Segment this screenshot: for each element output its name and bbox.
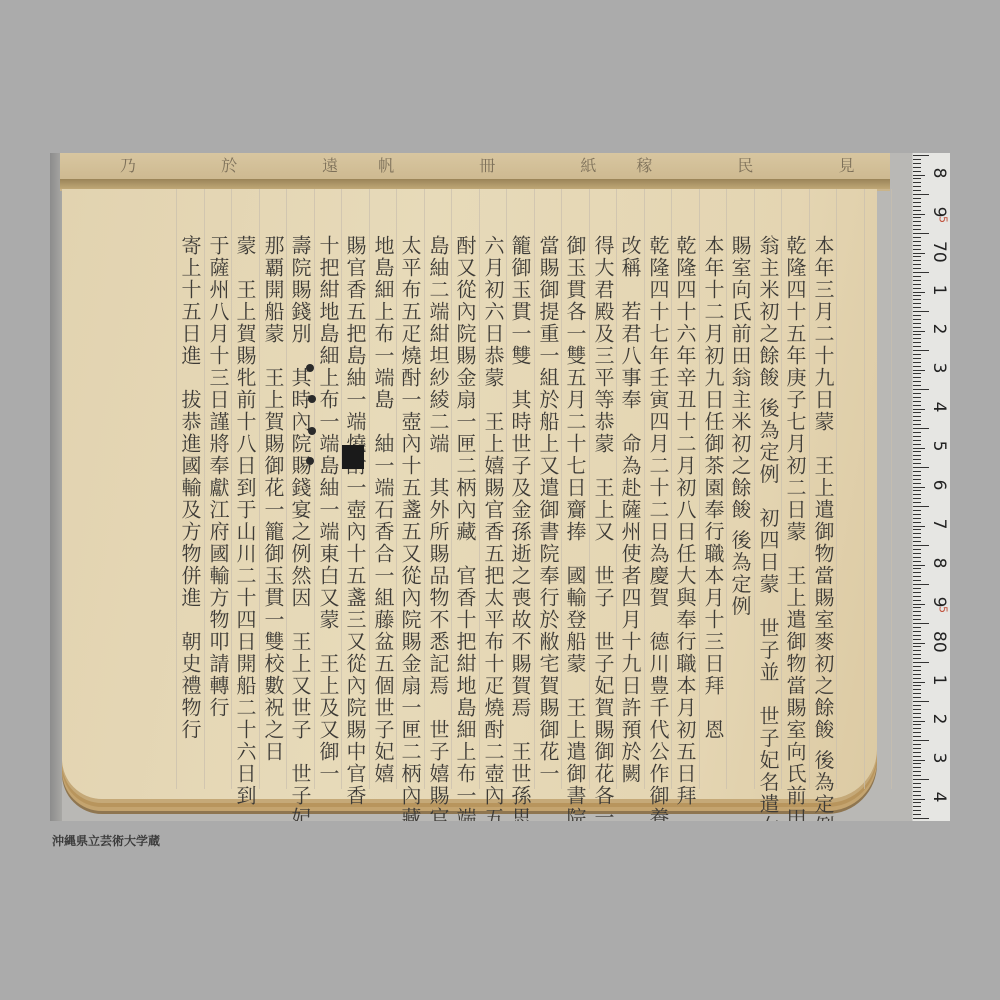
ruler-tick xyxy=(913,701,929,702)
ruler-tick xyxy=(913,763,921,764)
ruler-tick xyxy=(913,256,921,257)
ruler-tick xyxy=(913,717,921,718)
handwritten-column: 島紬二端紺坦紗綾二端 其外所賜品物不悉記焉 世子嬉賜官香五把 xyxy=(425,235,451,821)
ruler-tick xyxy=(913,389,929,390)
previous-page-text: 乃 於 遠帆 冊 紙稼 民 見 大 xyxy=(120,153,950,176)
ruler-tick xyxy=(913,210,921,211)
ruler-tick xyxy=(913,756,921,757)
manuscript-page: 本年三月二十九日蒙 王上遣御物當賜室麥初之餘餕 後為定例乾隆四十五年庚子七月初二… xyxy=(62,189,877,799)
handwritten-column: 乾隆四十六年辛丑十二月初八日任大與奉行職本月初五日拜 恩 xyxy=(672,235,698,821)
ruler-tick xyxy=(913,818,929,819)
ruler-tick xyxy=(913,206,921,207)
ruler-tick xyxy=(913,666,921,667)
ruler-tick xyxy=(913,600,921,601)
ruler-tick xyxy=(913,744,921,745)
ruler-tick xyxy=(913,381,921,382)
ruler-tick xyxy=(913,377,921,378)
ruler-tick xyxy=(913,654,921,655)
ruler-tick xyxy=(913,373,921,374)
ruler-tick xyxy=(913,471,921,472)
ruler-tick xyxy=(913,237,921,238)
handwritten-column: 本年十二月初九日任御茶園奉行職本月十三日拜 恩 xyxy=(700,235,726,741)
handwritten-column: 乾隆四十七年壬寅四月二十二日為慶賀 德川豊千代公作御養君 xyxy=(645,235,671,821)
ruler-label: 1 xyxy=(929,670,949,690)
ruler-tick xyxy=(913,627,921,628)
ruler-tick xyxy=(913,436,921,437)
ruler-tick xyxy=(913,736,921,737)
ruler-tick xyxy=(913,350,929,351)
ruler-tick xyxy=(913,405,921,406)
ruler-tick xyxy=(913,705,921,706)
ruler-tick xyxy=(913,358,921,359)
ruler-tick xyxy=(913,658,921,659)
ruler-tick xyxy=(913,401,921,402)
ruler-tick xyxy=(913,557,921,558)
ink-dot-mark xyxy=(308,427,316,435)
ruler-tick xyxy=(913,498,921,499)
ruler-tick xyxy=(913,307,921,308)
ruler-tick xyxy=(913,229,921,230)
ruler-tick xyxy=(913,650,921,651)
handwritten-column: 賜官香五把島紬一端燒酎一壺內十五盞三又從內院賜中官香 xyxy=(342,235,368,807)
ruler-tick xyxy=(913,565,925,566)
ruler-tick xyxy=(913,799,925,800)
ruler-tick xyxy=(913,685,921,686)
ruler-tick xyxy=(913,697,921,698)
handwritten-column: 蒙 王上賀賜牝前十八日到于山川二十四日開船二十六日到 xyxy=(232,235,258,807)
handwritten-column: 寄上十五日進 拔恭進國輸及方物併進 朝史禮物行 xyxy=(177,235,203,741)
ruler-tick xyxy=(913,424,921,425)
ruler-tick xyxy=(913,303,921,304)
ruler-tick xyxy=(913,806,921,807)
ruler-tick xyxy=(913,814,921,815)
ruler-tick xyxy=(913,217,921,218)
ruler-tick xyxy=(913,541,921,542)
ruler-tick xyxy=(913,682,925,683)
ruler-tick xyxy=(913,311,929,312)
book-edge-shadow xyxy=(50,153,62,821)
handwritten-column: 翁主米初之餘餕 後為定例 初四日蒙 世子並 世子妃名遣女官 xyxy=(755,235,781,821)
ruler-tick xyxy=(913,292,925,293)
ruler-tick xyxy=(913,721,925,722)
ruler-tick xyxy=(913,198,921,199)
handwritten-column: 籠御玉貫一雙 其時世子及金孫逝之喪故不賜賀焉 王世孫思五郎良 xyxy=(507,235,533,821)
ruler-tick xyxy=(913,241,921,242)
collection-caption: 沖縄県立芸術大学蔵 xyxy=(52,832,160,849)
ruler-tick xyxy=(913,783,921,784)
ruler-label: 8 xyxy=(929,553,949,573)
ruler-tick xyxy=(913,175,925,176)
ruler-tick xyxy=(913,299,921,300)
ruler-tick xyxy=(913,463,921,464)
ruler-label: 8 xyxy=(929,163,949,183)
ruler-tick xyxy=(913,713,921,714)
ruler-tick xyxy=(913,802,921,803)
ruler-tick xyxy=(913,689,921,690)
ruler-tick xyxy=(913,393,921,394)
ruler-label: 2 xyxy=(929,319,949,339)
ruler-tick xyxy=(913,611,921,612)
ruled-line xyxy=(836,189,837,789)
ruler-tick xyxy=(913,159,921,160)
ruler-label: 70 xyxy=(929,241,949,261)
handwritten-column: 御玉貫各一雙五月二十七日齎捧 國輸登船蒙 王上遣御書院 xyxy=(562,235,588,821)
ruler-tick xyxy=(913,752,921,753)
handwritten-column: 壽院賜錢別 其時內院賜錢宴之例然因 王上又世子 世子妃俱有從 xyxy=(287,235,313,821)
ruler-tick xyxy=(913,529,921,530)
ruler-tick xyxy=(913,514,921,515)
ruler-tick xyxy=(913,323,921,324)
ruler-label: 3 xyxy=(929,358,949,378)
ruler-tick xyxy=(913,678,921,679)
ruler-tick xyxy=(913,178,921,179)
handwritten-column: 十把紺地島細上布一端島紬一端東白又蒙 王上及又御一 xyxy=(315,235,341,785)
ruler-tick xyxy=(913,748,921,749)
ruler-tick xyxy=(913,385,921,386)
ruler-label: 2 xyxy=(929,709,949,729)
handwritten-column: 得大君殿及三平等恭蒙 王上又 世子 世子妃賀賜御花各一龍 xyxy=(590,235,616,821)
ruler-label: 80 xyxy=(929,631,949,651)
ruler-tick xyxy=(913,479,921,480)
handwritten-column: 乾隆四十五年庚子七月初二日蒙 王上遣御物當賜室向氏前田 xyxy=(782,235,808,821)
ruler-label: 4 xyxy=(929,397,949,417)
ruler-tick xyxy=(913,276,921,277)
ruler-red-label: 5 xyxy=(937,600,950,620)
ruler-tick xyxy=(913,194,929,195)
handwritten-column: 那覇開船蒙 王上賀賜御花一籠御玉貫一雙校數祝之日 xyxy=(260,235,286,763)
ruled-line xyxy=(864,189,865,789)
ruler-tick xyxy=(913,451,921,452)
ruler-tick xyxy=(913,494,921,495)
ruler-tick xyxy=(913,186,921,187)
ruler-tick xyxy=(913,662,929,663)
ruler-tick xyxy=(913,643,925,644)
ruler-tick xyxy=(913,568,921,569)
ruler-tick xyxy=(913,475,921,476)
ruler-tick xyxy=(913,233,929,234)
handwritten-column: 地島細上布一端島 紬一端石香合一組藤盆五個世子妃嬉 xyxy=(370,235,396,785)
ruler-tick xyxy=(913,315,921,316)
ruler-tick xyxy=(913,580,921,581)
ruler-tick xyxy=(913,202,921,203)
ruler-tick xyxy=(913,646,921,647)
ruler-tick xyxy=(913,249,921,250)
ruler-tick xyxy=(913,171,921,172)
ruler-tick xyxy=(913,264,921,265)
ruler-tick xyxy=(913,366,921,367)
ruler-tick xyxy=(913,592,921,593)
ruler-tick xyxy=(913,440,921,441)
ruler-tick xyxy=(913,346,921,347)
ruler-tick xyxy=(913,444,921,445)
ruler-tick xyxy=(913,459,921,460)
ruler-tick xyxy=(913,487,925,488)
ruler-tick xyxy=(913,615,921,616)
ruler-tick xyxy=(913,506,929,507)
ruler-tick xyxy=(913,260,921,261)
ruler-tick xyxy=(913,740,929,741)
ruler-tick xyxy=(913,245,921,246)
ruler-tick xyxy=(913,214,925,215)
handwritten-column: 于薩州八月十三日謹將奉獻江府國輸方物叩請轉行 xyxy=(205,235,231,719)
ruler-label: 1 xyxy=(929,280,949,300)
ruler-tick xyxy=(913,416,921,417)
ruler-tick xyxy=(913,225,921,226)
handwritten-column: 太平布五疋燒酎一壺內十五盞五又從內院賜金扇一匣二柄內藏紺 xyxy=(397,235,423,821)
ruler-tick xyxy=(913,182,921,183)
ink-dot-mark xyxy=(308,395,316,403)
ruler-tick xyxy=(913,576,921,577)
ruler-tick xyxy=(913,455,921,456)
ruler-tick xyxy=(913,631,921,632)
ruler-tick xyxy=(913,155,929,156)
ruler-tick xyxy=(913,693,921,694)
manuscript-photograph: 乃 於 遠帆 冊 紙稼 民 見 大 本年三月二十九日蒙 王上遣御物當賜室麥初之餘… xyxy=(50,153,950,821)
ruler-label: 5 xyxy=(929,436,949,456)
ruler-tick xyxy=(913,604,925,605)
page-fold xyxy=(60,179,890,189)
ruler-tick xyxy=(913,670,921,671)
ruler-tick xyxy=(913,537,921,538)
ruler-tick xyxy=(913,518,921,519)
handwritten-column: 本年三月二十九日蒙 王上遣御物當賜室麥初之餘餕 後為定例 xyxy=(810,235,836,821)
ink-dot-mark xyxy=(306,457,314,465)
ruler-tick xyxy=(913,362,921,363)
ruler-tick xyxy=(913,791,921,792)
ruler-tick xyxy=(913,483,921,484)
ruler-tick xyxy=(913,771,921,772)
measuring-ruler: 897012345678980123455 xyxy=(912,153,950,821)
ruler-tick xyxy=(913,467,929,468)
ruler-tick xyxy=(913,709,921,710)
ruler-tick xyxy=(913,397,921,398)
ruler-tick xyxy=(913,572,921,573)
ruler-tick xyxy=(913,268,921,269)
ruler-tick xyxy=(913,724,921,725)
ruler-tick xyxy=(913,502,921,503)
ruler-tick xyxy=(913,619,921,620)
ruler-tick xyxy=(913,553,921,554)
ruler-tick xyxy=(913,319,921,320)
ruler-tick xyxy=(913,526,925,527)
ruler-tick xyxy=(913,635,921,636)
ruler-tick xyxy=(913,338,921,339)
ruler-tick xyxy=(913,163,921,164)
ruler-tick xyxy=(913,253,925,254)
ruler-tick xyxy=(913,760,925,761)
ruler-tick xyxy=(913,787,921,788)
ruler-tick xyxy=(913,732,921,733)
ruler-tick xyxy=(913,288,921,289)
ruler-tick xyxy=(913,549,921,550)
ruler-tick xyxy=(913,795,921,796)
ruler-tick xyxy=(913,331,925,332)
ruler-tick xyxy=(913,510,921,511)
ruler-tick xyxy=(913,545,929,546)
ruler-tick xyxy=(913,522,921,523)
ruler-tick xyxy=(913,810,921,811)
ruler-red-label: 5 xyxy=(937,210,950,230)
ruler-tick xyxy=(913,561,921,562)
ruler-tick xyxy=(913,428,929,429)
ruler-tick xyxy=(913,623,929,624)
ruler-label: 3 xyxy=(929,748,949,768)
ruler-tick xyxy=(913,354,921,355)
ruler-tick xyxy=(913,412,921,413)
redaction-block xyxy=(342,445,364,469)
handwritten-column: 改稱 若君八事奉 命為赴薩州使者四月十九日許預於闕 xyxy=(617,235,643,785)
ruler-tick xyxy=(913,432,921,433)
ruler-tick xyxy=(913,409,925,410)
ruler-label: 4 xyxy=(929,787,949,807)
ruler-tick xyxy=(913,674,921,675)
ruler-tick xyxy=(913,775,921,776)
ruler-tick xyxy=(913,596,921,597)
ruler-tick xyxy=(913,588,921,589)
ruler-tick xyxy=(913,167,921,168)
ruler-tick xyxy=(913,334,921,335)
ruler-tick xyxy=(913,295,921,296)
ruler-tick xyxy=(913,342,921,343)
handwritten-column: 當賜御提重一組於船上又遣御書院奉行於敝宅賀賜御花一 xyxy=(535,235,561,785)
ink-dot-mark xyxy=(306,364,314,372)
ruled-line xyxy=(891,189,892,789)
ruler-tick xyxy=(913,490,921,491)
handwritten-column: 酎又從內院賜金扇一匣二柄內藏 官香十把紺地島細上布一端 xyxy=(452,235,478,821)
ruler-label: 7 xyxy=(929,514,949,534)
handwritten-column: 六月初六日恭蒙 王上嬉賜官香五把太平布十疋燒酎二壺內五盞 xyxy=(480,235,506,821)
ruler-tick xyxy=(913,779,929,780)
ruler-tick xyxy=(913,284,921,285)
ruler-tick xyxy=(913,190,921,191)
ruler-tick xyxy=(913,272,929,273)
ruler-tick xyxy=(913,533,921,534)
ruler-tick xyxy=(913,448,925,449)
ruler-tick xyxy=(913,370,925,371)
ruler-label: 6 xyxy=(929,475,949,495)
ruler-tick xyxy=(913,639,921,640)
ruler-tick xyxy=(913,280,921,281)
ruler-tick xyxy=(913,221,921,222)
ruler-tick xyxy=(913,420,921,421)
ruler-tick xyxy=(913,767,921,768)
ruler-tick xyxy=(913,728,921,729)
handwritten-column: 賜室向氏前田翁主米初之餘餕 後為定例 xyxy=(727,235,753,617)
ruler-tick xyxy=(913,584,929,585)
ruler-tick xyxy=(913,607,921,608)
ruler-tick xyxy=(913,327,921,328)
